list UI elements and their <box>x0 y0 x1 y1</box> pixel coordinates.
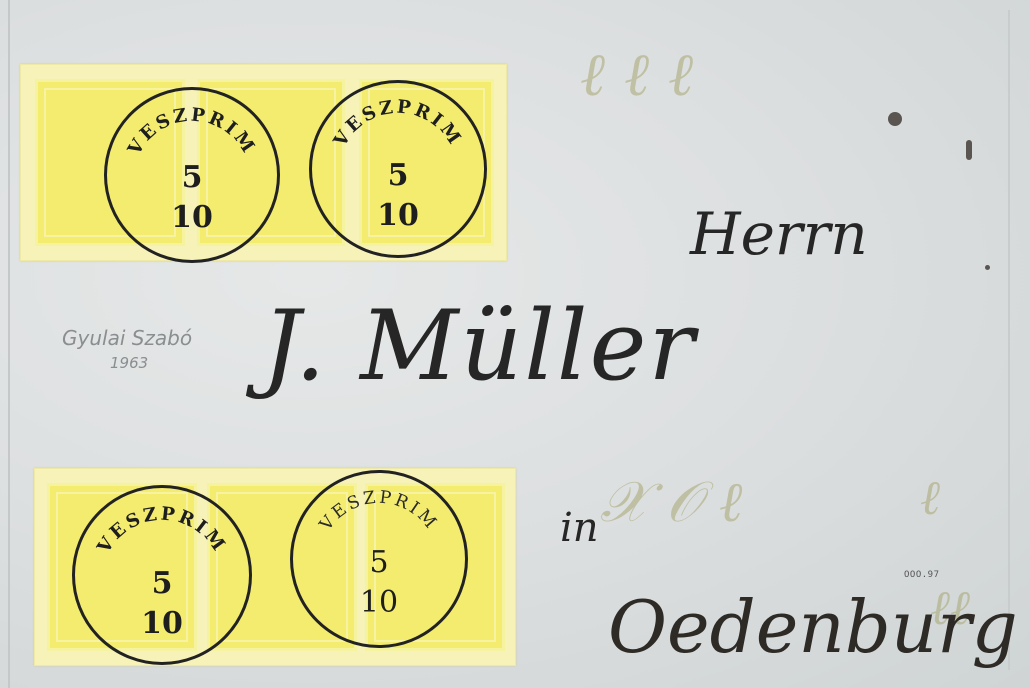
svg-text:VESZPRIM: VESZPRIM <box>329 96 466 151</box>
postmark-day: 5 <box>75 566 249 601</box>
postmark: VESZPRIM 5 10 <box>104 87 280 263</box>
svg-text:VESZPRIM: VESZPRIM <box>124 104 260 159</box>
bleed-through-script: ℓ ℓ ℓ <box>580 40 693 110</box>
postmark-month: 10 <box>293 585 465 620</box>
postmark-day: 5 <box>107 160 277 195</box>
salutation: Herrn <box>690 200 868 268</box>
postmark-month: 10 <box>75 606 249 641</box>
bleed-through-script: 𝒳 𝒪 ℓ <box>600 470 742 536</box>
pencil-year: 1963 <box>110 354 148 372</box>
ink-spot <box>888 112 902 126</box>
postmark-day: 5 <box>312 158 484 193</box>
svg-text:VESZPRIM: VESZPRIM <box>315 488 441 536</box>
pencil-signature: Gyulai Szabó <box>62 326 192 350</box>
postmark-month: 10 <box>312 198 484 233</box>
ink-spot <box>966 140 972 160</box>
cover-right-edge <box>1008 10 1010 670</box>
postmark: VESZPRIM 5 10 <box>309 80 487 258</box>
cover-left-edge <box>8 0 10 688</box>
postal-cover: ℓ ℓ ℓ 𝒳 𝒪 ℓ ℓ ℓℓ VESZPRIM 5 10 VESZPRIM … <box>0 0 1030 688</box>
destination-city: Oedenburg <box>608 585 1018 669</box>
recipient-name: J. Müller <box>262 290 696 402</box>
svg-text:VESZPRIM: VESZPRIM <box>93 503 230 557</box>
postmark: VESZPRIM 5 10 <box>290 470 468 648</box>
printer-mark: ООО.97 <box>904 570 940 580</box>
ink-spot <box>985 265 990 270</box>
postmark-day: 5 <box>293 545 465 580</box>
postmark-month: 10 <box>107 200 277 235</box>
address-preposition: in <box>560 505 599 551</box>
bleed-through-script: ℓ <box>920 470 940 526</box>
postmark: VESZPRIM 5 10 <box>72 485 252 665</box>
